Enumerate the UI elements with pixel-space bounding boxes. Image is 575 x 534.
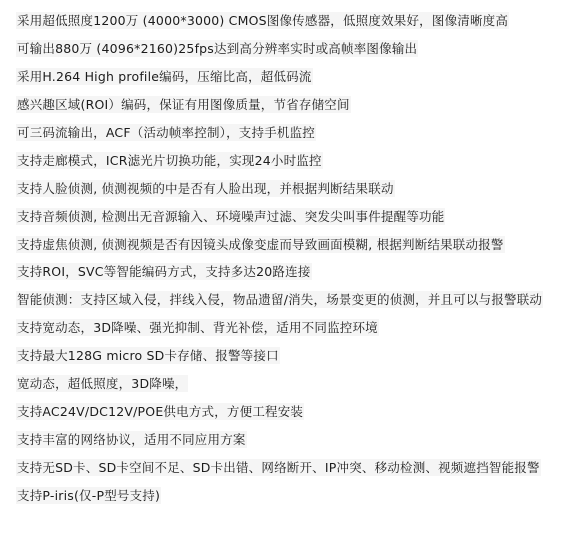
feature-line: 采用H.264 High profile编码，压缩比高，超低码流 xyxy=(17,63,571,91)
feature-text: 支持丰富的网络协议，适用不同应用方案 xyxy=(17,432,246,447)
feature-text: 支持AC24V/DC12V/POE供电方式，方便工程安装 xyxy=(17,404,303,419)
feature-line: 可输出880万 (4096*2160)25fps达到高分辨率实时或高帧率图像输出 xyxy=(17,35,571,63)
feature-line: 感兴趣区域(ROI）编码，保证有用图像质量，节省存储空间 xyxy=(17,91,571,119)
feature-line: 宽动态，超低照度，3D降噪， xyxy=(17,370,571,398)
feature-text: 宽动态，超低照度，3D降噪， xyxy=(17,376,187,391)
feature-text: 支持人脸侦测, 侦测视频的中是否有人脸出现，并根据判断结果联动 xyxy=(17,181,394,196)
feature-text: 支持ROI，SVC等智能编码方式，支持多达20路连接 xyxy=(17,264,311,279)
feature-text: 可三码流输出，ACF（活动帧率控制），支持手机监控 xyxy=(17,125,315,140)
feature-text: 支持无SD卡、SD卡空间不足、SD卡出错、网络断开、IP冲突、移动检测、视频遮挡… xyxy=(17,460,540,475)
feature-line: 支持ROI，SVC等智能编码方式，支持多达20路连接 xyxy=(17,258,571,286)
feature-line: 支持最大128G micro SD卡存储、报警等接口 xyxy=(17,342,571,370)
feature-line: 支持音频侦测, 检测出无音源输入、环境噪声过滤、突发尖叫事件提醒等功能 xyxy=(17,202,571,230)
feature-line: 智能侦测：支持区域入侵，拌线入侵，物品遗留/消失，场景变更的侦测，并且可以与报警… xyxy=(17,286,571,314)
feature-text: 采用H.264 High profile编码，压缩比高，超低码流 xyxy=(17,69,312,84)
feature-text: 支持走廊模式，ICR滤光片切换功能，实现24小时监控 xyxy=(17,153,322,168)
feature-line: 支持无SD卡、SD卡空间不足、SD卡出错、网络断开、IP冲突、移动检测、视频遮挡… xyxy=(17,453,571,481)
feature-line: 采用超低照度1200万 (4000*3000) CMOS图像传感器，低照度效果好… xyxy=(17,7,571,35)
feature-text: 采用超低照度1200万 (4000*3000) CMOS图像传感器，低照度效果好… xyxy=(17,13,508,28)
feature-text: 支持P-iris(仅-P型号支持) xyxy=(17,488,160,503)
feature-line: 支持走廊模式，ICR滤光片切换功能，实现24小时监控 xyxy=(17,146,571,174)
feature-document: 采用超低照度1200万 (4000*3000) CMOS图像传感器，低照度效果好… xyxy=(0,0,575,509)
feature-line: 支持人脸侦测, 侦测视频的中是否有人脸出现，并根据判断结果联动 xyxy=(17,174,571,202)
feature-line: 支持丰富的网络协议，适用不同应用方案 xyxy=(17,425,571,453)
feature-text: 支持宽动态，3D降噪、强光抑制、背光补偿，适用不同监控环境 xyxy=(17,320,378,335)
feature-line: 支持虚焦侦测, 侦测视频是否有因镜头成像变虚而导致画面模糊, 根据判断结果联动报… xyxy=(17,230,571,258)
feature-text: 支持最大128G micro SD卡存储、报警等接口 xyxy=(17,348,279,363)
feature-text: 可输出880万 (4096*2160)25fps达到高分辨率实时或高帧率图像输出 xyxy=(17,41,417,56)
feature-text: 感兴趣区域(ROI）编码，保证有用图像质量，节省存储空间 xyxy=(17,97,350,112)
feature-line: 可三码流输出，ACF（活动帧率控制），支持手机监控 xyxy=(17,119,571,147)
feature-text: 智能侦测：支持区域入侵，拌线入侵，物品遗留/消失，场景变更的侦测，并且可以与报警… xyxy=(17,292,542,307)
feature-line: 支持AC24V/DC12V/POE供电方式，方便工程安装 xyxy=(17,397,571,425)
feature-line: 支持P-iris(仅-P型号支持) xyxy=(17,481,571,509)
feature-text: 支持虚焦侦测, 侦测视频是否有因镜头成像变虚而导致画面模糊, 根据判断结果联动报… xyxy=(17,237,504,252)
feature-line: 支持宽动态，3D降噪、强光抑制、背光补偿，适用不同监控环境 xyxy=(17,314,571,342)
feature-text: 支持音频侦测, 检测出无音源输入、环境噪声过滤、突发尖叫事件提醒等功能 xyxy=(17,209,444,224)
